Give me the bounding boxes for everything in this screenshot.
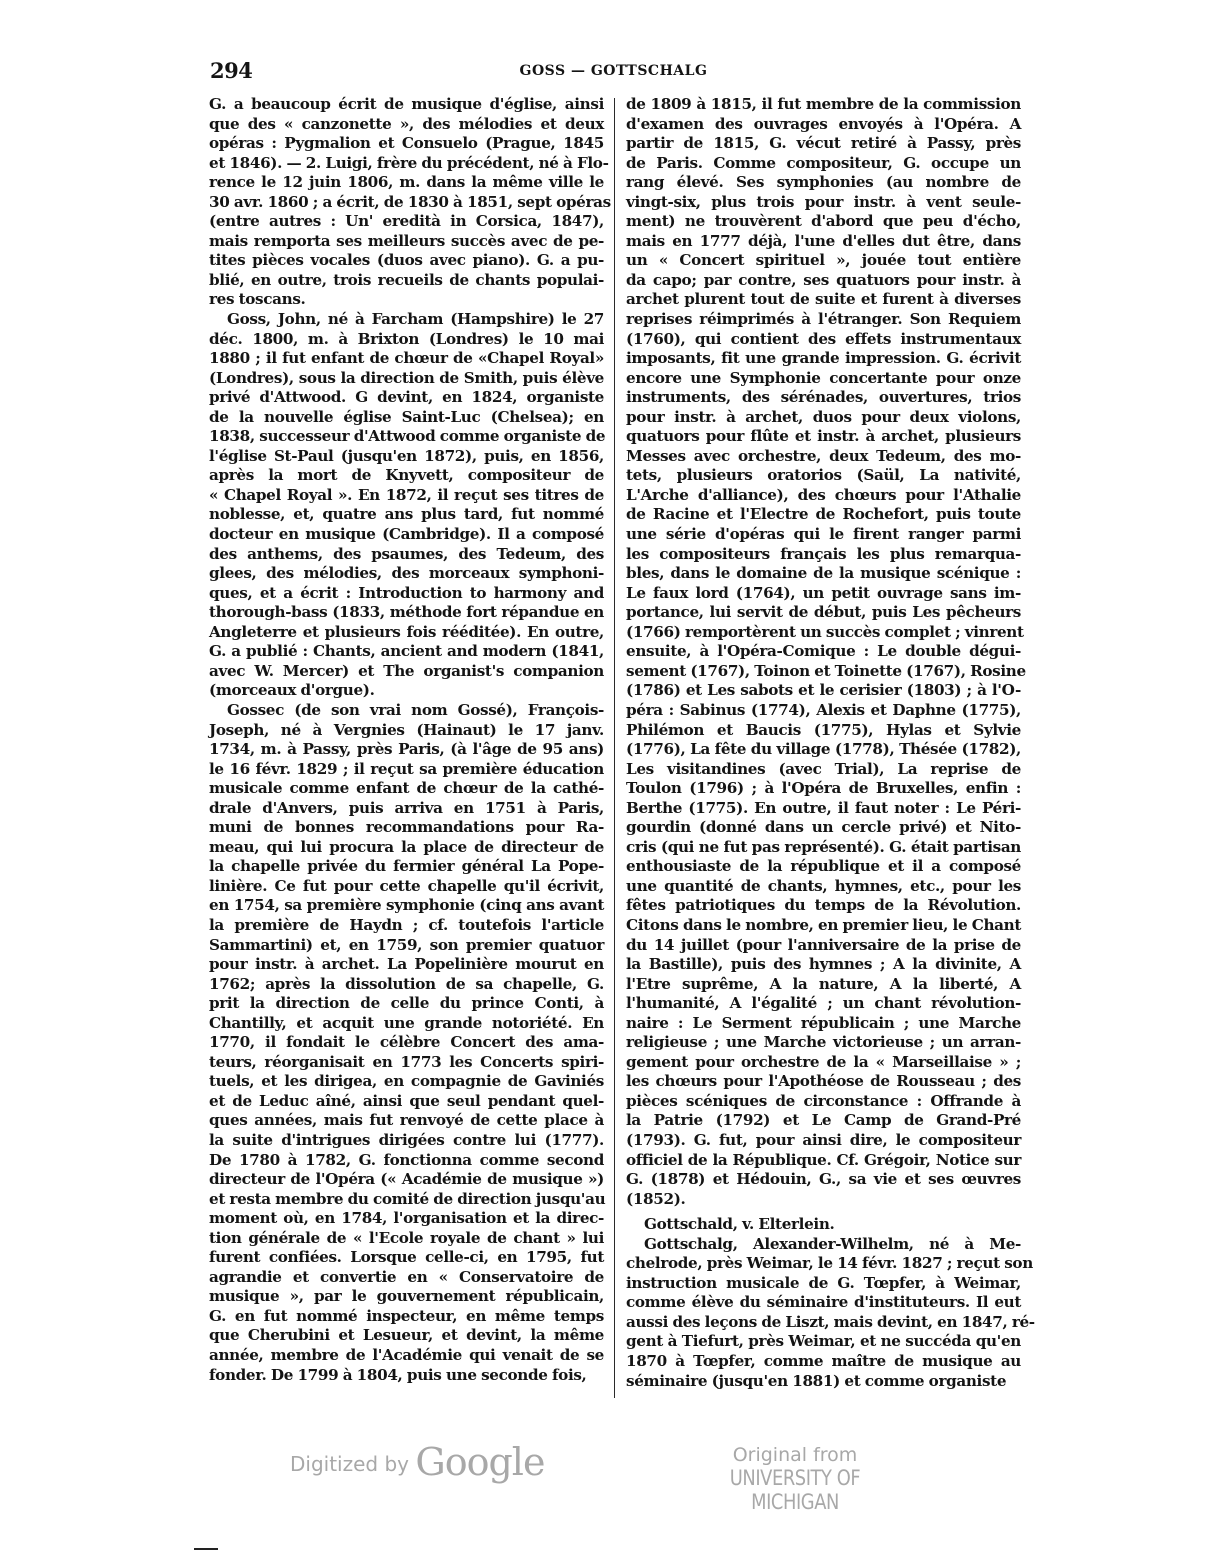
text-line: ques, et a écrit : Introduction to harmo… xyxy=(209,584,604,604)
text-line: une série d'opéras qui le firent ranger … xyxy=(626,525,1021,545)
text-line: Goss, John, né à Farcham (Hampshire) le … xyxy=(209,310,604,330)
text-line: (1766) remportèrent un succès complet ; … xyxy=(626,623,1021,643)
text-line: Le faux lord (1764), un petit ouvrage sa… xyxy=(626,584,1021,604)
text-line: du 14 juillet (pour l'anniversaire de la… xyxy=(626,936,1021,956)
google-logo: Google xyxy=(415,1440,544,1484)
text-line: que Cherubini et Lesueur, et devint, la … xyxy=(209,1326,604,1346)
text-line: mais en 1777 déjà, l'une d'elles dut êtr… xyxy=(626,232,1021,252)
digitized-prefix: Digitized by xyxy=(290,1452,409,1476)
text-line: de la nouvelle église Saint-Luc (Chelsea… xyxy=(209,408,604,428)
text-line: les compositeurs français les plus remar… xyxy=(626,545,1021,565)
text-line: tets, plusieurs oratorios (Saül, La nati… xyxy=(626,466,1021,486)
text-line: linière. Ce fut pour cette chapelle qu'i… xyxy=(209,877,604,897)
text-line: ment) ne trouvèrent d'abord que peu d'éc… xyxy=(626,212,1021,232)
text-line: après la mort de Knyvett, compositeur de xyxy=(209,466,604,486)
text-line: (entre autres : Un' eredità in Corsica, … xyxy=(209,212,604,232)
text-line: thorough-bass (1833, méthode fort répand… xyxy=(209,603,604,623)
text-line: (1760), qui contient des effets instrume… xyxy=(626,330,1021,350)
text-line: drale d'Anvers, puis arriva en 1751 à Pa… xyxy=(209,799,604,819)
text-line: portance, lui servit de début, puis Les … xyxy=(626,603,1021,623)
text-line: d'examen des ouvrages envoyés à l'Opéra.… xyxy=(626,115,1021,135)
text-line: avec W. Mercer) et The organist's compan… xyxy=(209,662,604,682)
text-line: religieuse ; une Marche victorieuse ; un… xyxy=(626,1033,1021,1053)
text-line: un « Concert spirituel », jouée tout ent… xyxy=(626,251,1021,271)
text-line: 1734, m. à Passy, près Paris, (à l'âge d… xyxy=(209,740,604,760)
text-line: officiel de la République. Cf. Grégoir, … xyxy=(626,1151,1021,1171)
text-line: comme élève du séminaire d'instituteurs.… xyxy=(626,1293,1021,1313)
text-line: Gottschald, v. Elterlein. xyxy=(626,1215,1021,1235)
text-line: quatuors pour flûte et instr. à archet, … xyxy=(626,427,1021,447)
text-line: Joseph, né à Vergnies (Hainaut) le 17 ja… xyxy=(209,721,604,741)
text-line: des anthems, des psaumes, des Tedeum, de… xyxy=(209,545,604,565)
text-line: année, membre de l'Académie qui venait d… xyxy=(209,1346,604,1366)
text-line: de 1809 à 1815, il fut membre de la comm… xyxy=(626,95,1021,115)
text-line: Gossec (de son vrai nom Gossé), François… xyxy=(209,701,604,721)
text-line: G. (1878) et Hédouin, G., sa vie et ses … xyxy=(626,1170,1021,1190)
text-line: (1793). G. fut, pour ainsi dire, le comp… xyxy=(626,1131,1021,1151)
text-line: (morceaux d'orgue). xyxy=(209,681,604,701)
text-line: Philémon et Baucis (1775), Hylas et Sylv… xyxy=(626,721,1021,741)
text-line: péra : Sabinus (1774), Alexis et Daphne … xyxy=(626,701,1021,721)
text-line: noblesse, et, quatre ans plus tard, fut … xyxy=(209,505,604,525)
scan-mark xyxy=(194,1548,218,1550)
text-line: cris (qui ne fut pas représenté). G. éta… xyxy=(626,838,1021,858)
text-line: encore une Symphonie concertante pour on… xyxy=(626,369,1021,389)
column-divider xyxy=(614,98,615,1398)
text-line: 1880 ; il fut enfant de chœur de «Chapel… xyxy=(209,349,604,369)
text-line: Berthe (1775). En outre, il faut noter :… xyxy=(626,799,1021,819)
text-line: 30 avr. 1860 ; a écrit, de 1830 à 1851, … xyxy=(209,193,604,213)
text-line: mais remporta ses meilleurs succès avec … xyxy=(209,232,604,252)
text-line: ques années, mais fut renvoyé de cette p… xyxy=(209,1111,604,1131)
text-line: instruments, des sérénades, ouvertures, … xyxy=(626,388,1021,408)
running-head: GOSS — GOTTSCHALG xyxy=(0,63,1207,79)
text-line: muni de bonnes recommandations pour Ra- xyxy=(209,818,604,838)
right-column: de 1809 à 1815, il fut membre de la comm… xyxy=(626,95,1021,1391)
text-line: meau, qui lui procura la place de direct… xyxy=(209,838,604,858)
text-line: le 16 févr. 1829 ; il reçut sa première … xyxy=(209,760,604,780)
text-line: furent confiées. Lorsque celle-ci, en 17… xyxy=(209,1248,604,1268)
text-line: une quantité de chants, hymnes, etc., po… xyxy=(626,877,1021,897)
text-line: fêtes patriotiques du temps de la Révolu… xyxy=(626,896,1021,916)
text-line: l'humanité, A l'égalité ; un chant révol… xyxy=(626,994,1021,1014)
text-line: agrandie et convertie en « Conservatoire… xyxy=(209,1268,604,1288)
text-line: Citons dans le nombre, en premier lieu, … xyxy=(626,916,1021,936)
text-line: blié, en outre, trois recueils de chants… xyxy=(209,271,604,291)
text-line: 1838, successeur d'Attwood comme organis… xyxy=(209,427,604,447)
text-line: pièces scéniques de circonstance : Offra… xyxy=(626,1092,1021,1112)
text-line: chelrode, près Weimar, le 14 févr. 1827 … xyxy=(626,1254,1021,1274)
text-line: de Paris. Comme compositeur, G. occupe u… xyxy=(626,154,1021,174)
text-line: Sammartini) et, en 1759, son premier qua… xyxy=(209,936,604,956)
text-line: 1870 à Tœpfer, comme maître de musique a… xyxy=(626,1352,1021,1372)
institution-name: UNIVERSITY OF MICHIGAN xyxy=(685,1466,906,1514)
text-line: pour instr. à archet. La Popelinière mou… xyxy=(209,955,604,975)
text-line: G. en fut nommé inspecteur, en même temp… xyxy=(209,1307,604,1327)
text-line: directeur de l'Opéra (« Académie de musi… xyxy=(209,1170,604,1190)
text-line: tion générale de « l'Ecole royale de cha… xyxy=(209,1229,604,1249)
text-line: gourdin (donné dans un cercle privé) et … xyxy=(626,818,1021,838)
text-line: instruction musicale de G. Tœpfer, à Wei… xyxy=(626,1274,1021,1294)
text-line: les chœurs pour l'Apothéose de Rousseau … xyxy=(626,1072,1021,1092)
text-line: teurs, réorganisait en 1773 les Concerts… xyxy=(209,1053,604,1073)
text-line: imposants, fit une grande impression. G.… xyxy=(626,349,1021,369)
text-line: (1776), La fête du village (1778), Thésé… xyxy=(626,740,1021,760)
text-line: de Racine et l'Electre de Rochefort, pui… xyxy=(626,505,1021,525)
digitized-by-label: Digitized by Google xyxy=(290,1440,544,1484)
text-line: gent à Tiefurt, près Weimar, et ne succé… xyxy=(626,1332,1021,1352)
text-line: sement (1767), Toinon et Toinette (1767)… xyxy=(626,662,1021,682)
original-from-text: Original from xyxy=(665,1444,925,1466)
text-line: Toulon (1796) ; à l'Opéra de Bruxelles, … xyxy=(626,779,1021,799)
text-line: la Patrie (1792) et Le Camp de Grand-Pré xyxy=(626,1111,1021,1131)
text-line: Gottschalg, Alexander-Wilhelm, né à Me- xyxy=(626,1235,1021,1255)
text-line: (1852). xyxy=(626,1190,1021,1210)
text-line: docteur en musique (Cambridge). Il a com… xyxy=(209,525,604,545)
text-line: prit la direction de celle du prince Con… xyxy=(209,994,604,1014)
text-line: que des « canzonette », des mélodies et … xyxy=(209,115,604,135)
text-line: (Londres), sous la direction de Smith, p… xyxy=(209,369,604,389)
text-line: res toscans. xyxy=(209,290,604,310)
text-line: déc. 1800, m. à Brixton (Londres) le 10 … xyxy=(209,330,604,350)
text-line: 1770, il fondait le célèbre Concert des … xyxy=(209,1033,604,1053)
text-line: Angleterre et plusieurs fois rééditée). … xyxy=(209,623,604,643)
text-line: 1762; après la dissolution de sa chapell… xyxy=(209,975,604,995)
text-line: fonder. De 1799 à 1804, puis une seconde… xyxy=(209,1366,604,1386)
text-line: Les visitandines (avec Trial), La repris… xyxy=(626,760,1021,780)
left-column: G. a beaucoup écrit de musique d'église,… xyxy=(209,95,604,1385)
text-line: Chantilly, et acquit une grande notoriét… xyxy=(209,1014,604,1034)
text-line: da capo; par contre, ses quatuors pour i… xyxy=(626,271,1021,291)
text-line: musique », par le gouvernement républica… xyxy=(209,1287,604,1307)
text-line: L'Arche d'alliance), des chœurs pour l'A… xyxy=(626,486,1021,506)
text-line: Messes avec orchestre, deux Tedeum, des … xyxy=(626,447,1021,467)
text-line: G. a publié : Chants, ancient and modern… xyxy=(209,642,604,662)
text-line: la première de Haydn ; cf. toutefois l'a… xyxy=(209,916,604,936)
text-line: l'église St-Paul (jusqu'en 1872), puis, … xyxy=(209,447,604,467)
text-line: G. a beaucoup écrit de musique d'église,… xyxy=(209,95,604,115)
text-line: tites pièces vocales (duos avec piano). … xyxy=(209,251,604,271)
text-line: en 1754, sa première symphonie (cinq ans… xyxy=(209,896,604,916)
text-line: vingt-six, plus trois pour instr. à vent… xyxy=(626,193,1021,213)
text-line: moment où, en 1784, l'organisation et la… xyxy=(209,1209,604,1229)
text-line: enthousiaste de la république et il a co… xyxy=(626,857,1021,877)
text-line: bles, dans le domaine de la musique scén… xyxy=(626,564,1021,584)
text-line: tuels, et les dirigea, en compagnie de G… xyxy=(209,1072,604,1092)
text-line: archet plurent tout de suite et furent à… xyxy=(626,290,1021,310)
text-line: partir de 1815, G. vécut retiré à Passy,… xyxy=(626,134,1021,154)
text-line: musicale comme enfant de chœur de la cat… xyxy=(209,779,604,799)
text-line: ensuite, à l'Opéra-Comique : Le double d… xyxy=(626,642,1021,662)
text-line: la Bastille), puis des hymnes ; A la div… xyxy=(626,955,1021,975)
text-line: rang élevé. Ses symphonies (au nombre de xyxy=(626,173,1021,193)
text-line: opéras : Pygmalion et Consuelo (Prague, … xyxy=(209,134,604,154)
text-line: l'Etre suprême, A la nature, A la libert… xyxy=(626,975,1021,995)
text-line: la chapelle privée du fermier général La… xyxy=(209,857,604,877)
text-line: glees, des mélodies, des morceaux sympho… xyxy=(209,564,604,584)
text-line: pour instr. à archet, duos pour deux vio… xyxy=(626,408,1021,428)
text-line: « Chapel Royal ». En 1872, il reçut ses … xyxy=(209,486,604,506)
text-line: (1786) et Les sabots et le cerisier (180… xyxy=(626,681,1021,701)
text-line: séminaire (jusqu'en 1881) et comme organ… xyxy=(626,1372,1021,1392)
text-line: rence le 12 juin 1806, m. dans la même v… xyxy=(209,173,604,193)
text-line: et de Leduc aîné, ainsi que seul pendant… xyxy=(209,1092,604,1112)
original-from-label: Original from UNIVERSITY OF MICHIGAN xyxy=(665,1444,925,1514)
text-line: et 1846). — 2. Luigi, frère du précédent… xyxy=(209,154,604,174)
text-line: gement pour orchestre de la « Marseillai… xyxy=(626,1053,1021,1073)
text-line: De 1780 à 1782, G. fonctionna comme seco… xyxy=(209,1151,604,1171)
text-line: et resta membre du comité de direction j… xyxy=(209,1190,604,1210)
text-line: aussi des leçons de Liszt, mais devint, … xyxy=(626,1313,1021,1333)
text-line: la suite d'intrigues dirigées contre lui… xyxy=(209,1131,604,1151)
text-line: reprises réimprimés à l'étranger. Son Re… xyxy=(626,310,1021,330)
text-line: privé d'Attwood. G devint, en 1824, orga… xyxy=(209,388,604,408)
text-line: naire : Le Serment républicain ; une Mar… xyxy=(626,1014,1021,1034)
